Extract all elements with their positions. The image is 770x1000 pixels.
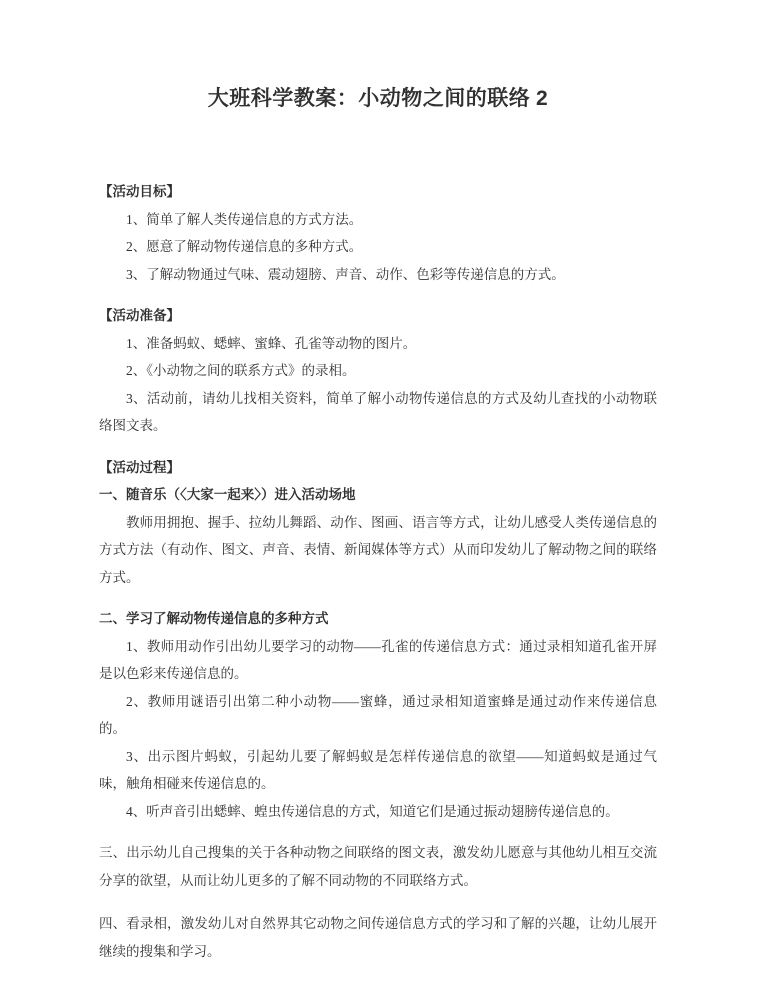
- page-title-text: 大班科学教案：小动物之间的联络: [208, 86, 536, 110]
- process-step2-heading: 二、学习了解动物传递信息的多种方式: [99, 605, 657, 633]
- goals-item-2: 2、愿意了解动物传递信息的多种方式。: [99, 233, 657, 261]
- page-title: 大班科学教案：小动物之间的联络 2: [99, 83, 657, 114]
- goals-item-1: 1、简单了解人类传递信息的方式方法。: [99, 206, 657, 234]
- process-step3-paragraph: 三、出示幼儿自己搜集的关于各种动物之间联络的图文表，激发幼儿愿意与其他幼儿相互交…: [99, 839, 657, 894]
- document-content: 大班科学教案：小动物之间的联络 2 【活动目标】 1、简单了解人类传递信息的方式…: [0, 0, 770, 965]
- section-heading-goals: 【活动目标】: [99, 178, 657, 206]
- process-step2-item-1: 1、教师用动作引出幼儿要学习的动物——孔雀的传递信息方式：通过录相知道孔雀开屏是…: [99, 633, 657, 688]
- preparation-item-1: 1、准备蚂蚁、蟋蟀、蜜蜂、孔雀等动物的图片。: [99, 330, 657, 358]
- process-step1-heading: 一、随音乐（〈大家一起来〉）进入活动场地: [99, 481, 657, 509]
- process-step4-paragraph: 四、看录相，激发幼儿对自然界其它动物之间传递信息方式的学习和了解的兴趣，让幼儿展…: [99, 910, 657, 965]
- document-page: 大班科学教案：小动物之间的联络 2 【活动目标】 1、简单了解人类传递信息的方式…: [0, 0, 770, 1000]
- section-heading-preparation: 【活动准备】: [99, 302, 657, 330]
- preparation-item-3: 3、活动前，请幼儿找相关资料，简单了解小动物传递信息的方式及幼儿查找的小动物联络…: [99, 385, 657, 440]
- goals-item-3: 3、了解动物通过气味、震动翅膀、声音、动作、色彩等传递信息的方式。: [99, 261, 657, 289]
- process-step1-body: 教师用拥抱、握手、拉幼儿舞蹈、动作、图画、语言等方式，让幼儿感受人类传递信息的方…: [99, 509, 657, 592]
- page-title-number: 2: [536, 87, 548, 110]
- preparation-item-2: 2、《小动物之间的联系方式》的录相。: [99, 357, 657, 385]
- process-step2-item-4: 4、听声音引出蟋蟀、蝗虫传递信息的方式，知道它们是通过振动翅膀传递信息的。: [99, 798, 657, 826]
- process-step2-item-3: 3、出示图片蚂蚁，引起幼儿要了解蚂蚁是怎样传递信息的欲望——知道蚂蚁是通过气味，…: [99, 743, 657, 798]
- process-step2-item-2: 2、教师用谜语引出第二种小动物——蜜蜂，通过录相知道蜜蜂是通过动作来传递信息的。: [99, 688, 657, 743]
- section-heading-process: 【活动过程】: [99, 454, 657, 482]
